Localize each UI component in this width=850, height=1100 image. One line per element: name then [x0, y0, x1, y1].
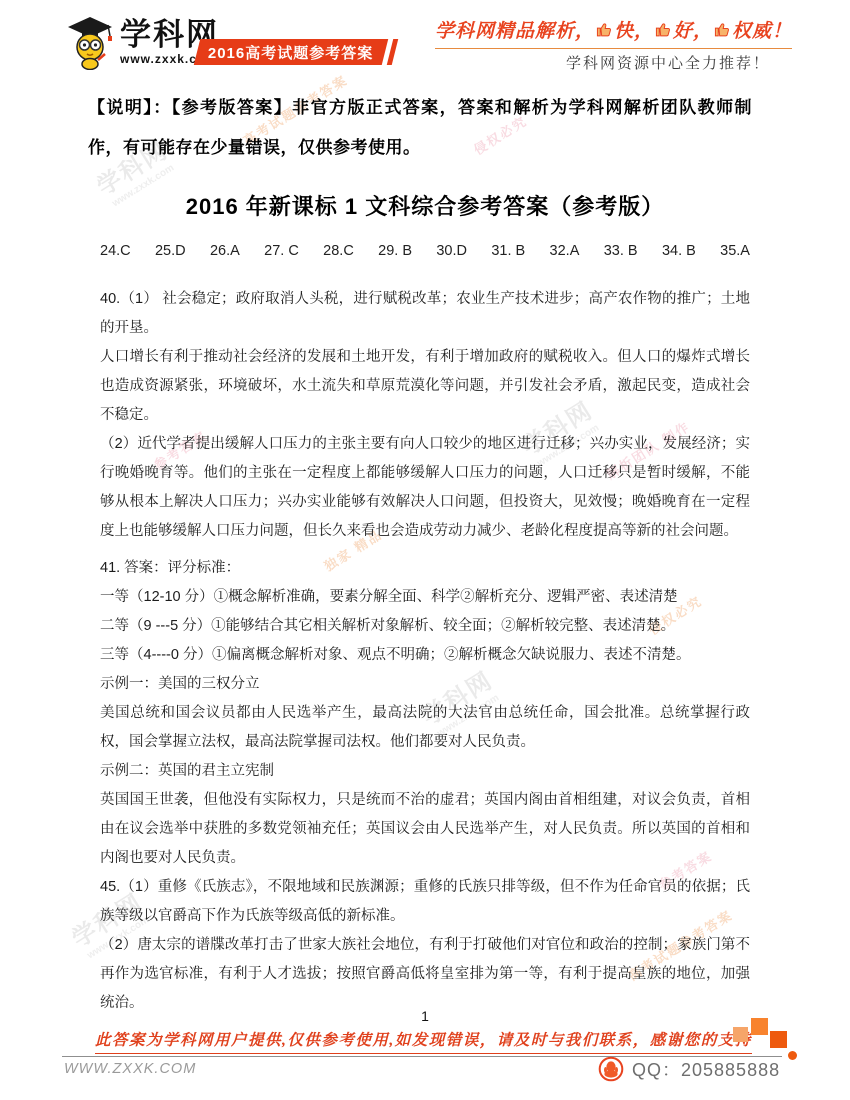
qq-penguin-icon	[598, 1056, 624, 1082]
decoration-square	[751, 1018, 768, 1035]
paragraph-example2-body: 英国国王世袭，但他没有实际权力，只是统而不治的虚君；英国内阁由首相组建，对议会负…	[100, 786, 750, 873]
thumbs-up-icon	[655, 21, 672, 38]
paragraph-q45-1: 45.（1）重修《氏族志》，不限地域和民族渊源；重修的氏族只排等级，但不作为任命…	[100, 873, 750, 931]
answer-paragraphs: 40.（1） 社会稳定；政府取消人头税，进行赋税改革；农业生产技术进步；高产农作…	[100, 285, 750, 1018]
page-header: 学科网 www.zxxk.com 2016高考试题参考答案 学科网精品解析， 快…	[0, 0, 850, 84]
thumbs-up-icon	[596, 21, 613, 38]
answer-item: 33. B	[604, 243, 638, 259]
exam-answer-banner: 2016高考试题参考答案	[194, 39, 388, 65]
answer-item: 30.D	[436, 243, 467, 259]
header-slogan: 学科网精品解析， 快， 好， 权威！	[435, 16, 792, 49]
qq-number: QQ：205885888	[632, 1056, 780, 1082]
footer-qq-contact[interactable]: QQ：205885888	[598, 1056, 780, 1082]
disclaimer-notice: 【说明】：【参考版答案】非官方版正式答案，答案和解析为学科网解析团队教师制作，有…	[88, 88, 752, 168]
page-title: 2016 年新课标 1 文科综合参考答案（参考版）	[100, 190, 750, 221]
answer-item: 27. C	[264, 243, 299, 259]
footer-notice: 此答案为学科网用户提供,仅供参考使用,如发现错误，请及时与我们联系，感谢您的支持	[95, 1028, 752, 1054]
answer-item: 31. B	[491, 243, 525, 259]
paragraph-q41-header: 41. 答案：评分标准：	[100, 554, 750, 583]
paragraph-example2-title: 示例二：英国的君主立宪制	[100, 757, 750, 786]
paragraph-example1-body: 美国总统和国会议员都由人民选举产生，最高法院的大法官由总统任命，国会批准。总统掌…	[100, 699, 750, 757]
choice-answers-row: 24.C 25.D 26.A 27. C 28.C 29. B 30.D 31.…	[100, 243, 750, 259]
answer-item: 34. B	[662, 243, 696, 259]
paragraph-q41-grade2: 二等（9 ---5 分）①能够结合其它相关解析对象解析、较全面；②解析较完整、表…	[100, 612, 750, 641]
answer-item: 24.C	[100, 243, 131, 259]
document-content: 【说明】：【参考版答案】非官方版正式答案，答案和解析为学科网解析团队教师制作，有…	[100, 88, 750, 1018]
mascot-owl-graduate-icon	[64, 12, 116, 70]
paragraph-q40-1b: 人口增长有利于推动社会经济的发展和土地开发，有利于增加政府的赋税收入。但人口的爆…	[100, 343, 750, 430]
answer-item: 32.A	[550, 243, 580, 259]
decoration-square	[733, 1027, 748, 1042]
footer-site-url[interactable]: WWW.ZXXK.COM	[64, 1061, 196, 1077]
paragraph-q41-grade3: 三等（4----0 分）①偏离概念解析对象、观点不明确；②解析概念欠缺说服力、表…	[100, 641, 750, 670]
paragraph-q40-2: （2）近代学者提出缓解人口压力的主张主要有向人口较少的地区进行迁移；兴办实业，发…	[100, 430, 750, 546]
paragraph-q45-2: （2）唐太宗的谱牒改革打击了世家大族社会地位，有利于打破他们对官位和政治的控制；…	[100, 931, 750, 1018]
document-page: 学科网 www.zxxk.com 高考试题参考答案 侵权必究 参考答案 学科网 …	[0, 0, 850, 1100]
paragraph-q41-grade1: 一等（12-10 分）①概念解析准确，要素分解全面、科学②解析充分、逻辑严密、表…	[100, 583, 750, 612]
answer-item: 35.A	[720, 243, 750, 259]
answer-item: 29. B	[378, 243, 412, 259]
answer-item: 25.D	[155, 243, 186, 259]
thumbs-up-icon	[714, 21, 731, 38]
header-subtitle: 学科网资源中心全力推荐！	[566, 52, 770, 73]
answer-item: 28.C	[323, 243, 354, 259]
paragraph-example1-title: 示例一：美国的三权分立	[100, 670, 750, 699]
paragraph-q40-1: 40.（1） 社会稳定；政府取消人头税，进行赋税改革；农业生产技术进步；高产农作…	[100, 285, 750, 343]
page-number: 1	[0, 1008, 850, 1024]
decoration-square	[770, 1031, 787, 1048]
answer-item: 26.A	[210, 243, 240, 259]
decoration-dot	[788, 1051, 797, 1060]
